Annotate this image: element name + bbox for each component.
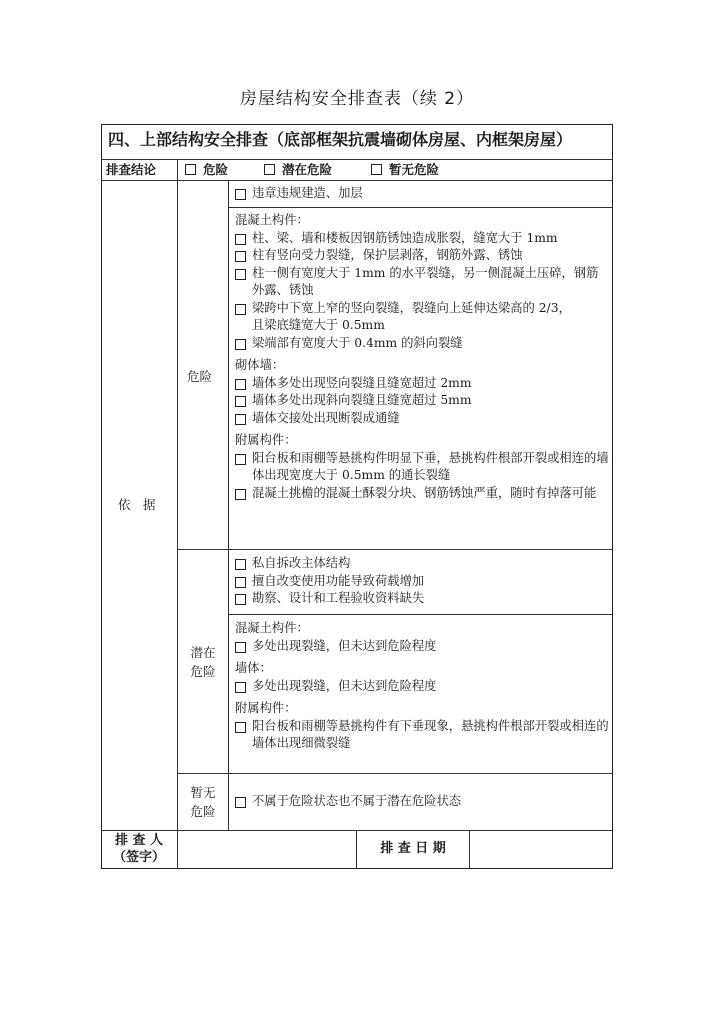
- inspector-signature-field[interactable]: [182, 840, 352, 864]
- checkbox[interactable]: [235, 414, 246, 425]
- checkbox[interactable]: [235, 379, 246, 390]
- criteria-item[interactable]: 阳台板和雨棚等悬挑构件有下垂现象，悬挑构件根部开裂或相连的墙体出现细微裂缝: [235, 718, 610, 753]
- criteria-item[interactable]: 阳台板和雨棚等悬挑构件明显下垂，悬挑构件根部开裂或相连的墙体出现宽度大于 0.5…: [235, 450, 610, 485]
- divider: [177, 159, 178, 869]
- danger-criteria: 混凝土构件： 柱、梁、墙和楼板因钢筋锈蚀造成胀裂，缝宽大于 1mm 柱有竖向受力…: [235, 212, 610, 507]
- checkbox[interactable]: [235, 797, 246, 808]
- checkbox[interactable]: [235, 594, 246, 605]
- criteria-item[interactable]: 墙体交接处出现断裂成通缝: [235, 410, 610, 428]
- checkbox[interactable]: [235, 682, 246, 693]
- criteria-item[interactable]: 私自拆改主体结构: [235, 555, 610, 573]
- danger-group-ancillary: 附属构件： 阳台板和雨棚等悬挑构件明显下垂，悬挑构件根部开裂或相连的墙体出现宽度…: [235, 432, 610, 502]
- divider: [228, 614, 613, 615]
- checkbox[interactable]: [235, 454, 246, 465]
- potential-top-items: 私自拆改主体结构 擅自改变使用功能导致荷载增加 勘察、设计和工程验收资料缺失: [235, 555, 610, 608]
- danger-top-item[interactable]: 违章违规建造、加层: [235, 185, 610, 203]
- conclusion-option-potential[interactable]: 潜在危险: [264, 161, 332, 179]
- criteria-item[interactable]: 墙体多处出现竖向裂缝且缝宽超过 2mm: [235, 375, 610, 393]
- criteria-item[interactable]: 梁端部有宽度大于 0.4mm 的斜向裂缝: [235, 335, 610, 353]
- page-title: 房屋结构安全排查表（续 2）: [0, 84, 714, 109]
- checkbox[interactable]: [235, 339, 246, 350]
- criteria-item[interactable]: 柱有竖向受力裂缝，保护层剥落，钢筋外露、锈蚀: [235, 247, 610, 265]
- criteria-item[interactable]: 擅自改变使用功能导致荷载增加: [235, 573, 610, 591]
- checkbox[interactable]: [235, 396, 246, 407]
- none-item[interactable]: 不属于危险状态也不属于潜在危险状态: [235, 793, 610, 811]
- date-label: 排 查 日 期: [357, 840, 469, 858]
- danger-group-masonry: 砌体墙： 墙体多处出现竖向裂缝且缝宽超过 2mm 墙体多处出现斜向裂缝且缝宽超过…: [235, 357, 610, 427]
- checkbox[interactable]: [185, 164, 196, 175]
- group-heading: 砌体墙：: [235, 357, 610, 375]
- group-heading: 混凝土构件：: [235, 212, 610, 230]
- checkbox[interactable]: [235, 489, 246, 500]
- potential-label: 潜在 危险: [180, 643, 226, 681]
- section-heading: 四、上部结构安全排查（底部框架抗震墙砌体房屋、内框架房屋）: [108, 131, 572, 149]
- checkbox[interactable]: [235, 304, 246, 315]
- danger-group-concrete: 混凝土构件： 柱、梁、墙和楼板因钢筋锈蚀造成胀裂，缝宽大于 1mm 柱有竖向受力…: [235, 212, 610, 352]
- danger-label: 危险: [187, 368, 212, 386]
- criteria-item[interactable]: 混凝土挑檐的混凝土酥裂分块、钢筋锈蚀严重，随时有掉落可能: [235, 485, 610, 503]
- checkbox[interactable]: [235, 577, 246, 588]
- group-heading: 附属构件：: [235, 432, 610, 450]
- divider: [228, 180, 229, 830]
- group-heading: 混凝土构件：: [235, 620, 610, 638]
- criteria-item[interactable]: 勘察、设计和工程验收资料缺失: [235, 590, 610, 608]
- date-field[interactable]: [473, 840, 609, 864]
- criteria-item[interactable]: 柱一侧有宽度大于 1mm 的水平裂缝，另一侧混凝土压碎，钢筋外露、锈蚀: [235, 265, 610, 300]
- criteria-item[interactable]: 多处出现裂缝，但未达到危险程度: [235, 638, 610, 656]
- divider: [177, 549, 613, 550]
- basis-label: 依 据: [118, 496, 156, 514]
- conclusion-option-none[interactable]: 暂无危险: [371, 161, 439, 179]
- checkbox[interactable]: [235, 189, 246, 200]
- criteria-item[interactable]: 多处出现裂缝，但未达到危险程度: [235, 678, 610, 696]
- criteria-item[interactable]: 梁跨中下宽上窄的竖向裂缝，裂缝向上延伸达梁高的 2/3，且梁底缝宽大于 0.5m…: [235, 300, 610, 335]
- potential-criteria: 混凝土构件： 多处出现裂缝，但未达到危险程度 墙体： 多处出现裂缝，但未达到危险…: [235, 620, 610, 758]
- potential-group-wall: 墙体： 多处出现裂缝，但未达到危险程度: [235, 660, 610, 695]
- conclusion-label: 排查结论: [106, 161, 156, 179]
- inspector-label: 排 查 人 （签字）: [101, 832, 177, 866]
- checkbox[interactable]: [235, 559, 246, 570]
- divider: [228, 207, 613, 208]
- checkbox[interactable]: [235, 269, 246, 280]
- divider: [177, 773, 613, 774]
- potential-group-ancillary: 附属构件： 阳台板和雨棚等悬挑构件有下垂现象，悬挑构件根部开裂或相连的墙体出现细…: [235, 700, 610, 753]
- criteria-item[interactable]: 墙体多处出现斜向裂缝且缝宽超过 5mm: [235, 392, 610, 410]
- divider: [469, 830, 470, 869]
- checkbox[interactable]: [235, 642, 246, 653]
- conclusion-option-danger[interactable]: 危险: [185, 161, 228, 179]
- checkbox[interactable]: [371, 164, 382, 175]
- checkbox[interactable]: [235, 251, 246, 262]
- group-heading: 附属构件：: [235, 700, 610, 718]
- criteria-item[interactable]: 柱、梁、墙和楼板因钢筋锈蚀造成胀裂，缝宽大于 1mm: [235, 230, 610, 248]
- checkbox[interactable]: [235, 722, 246, 733]
- checkbox[interactable]: [235, 234, 246, 245]
- none-label: 暂无 危险: [180, 783, 226, 821]
- group-heading: 墙体：: [235, 660, 610, 678]
- checkbox[interactable]: [264, 164, 275, 175]
- potential-group-concrete: 混凝土构件： 多处出现裂缝，但未达到危险程度: [235, 620, 610, 655]
